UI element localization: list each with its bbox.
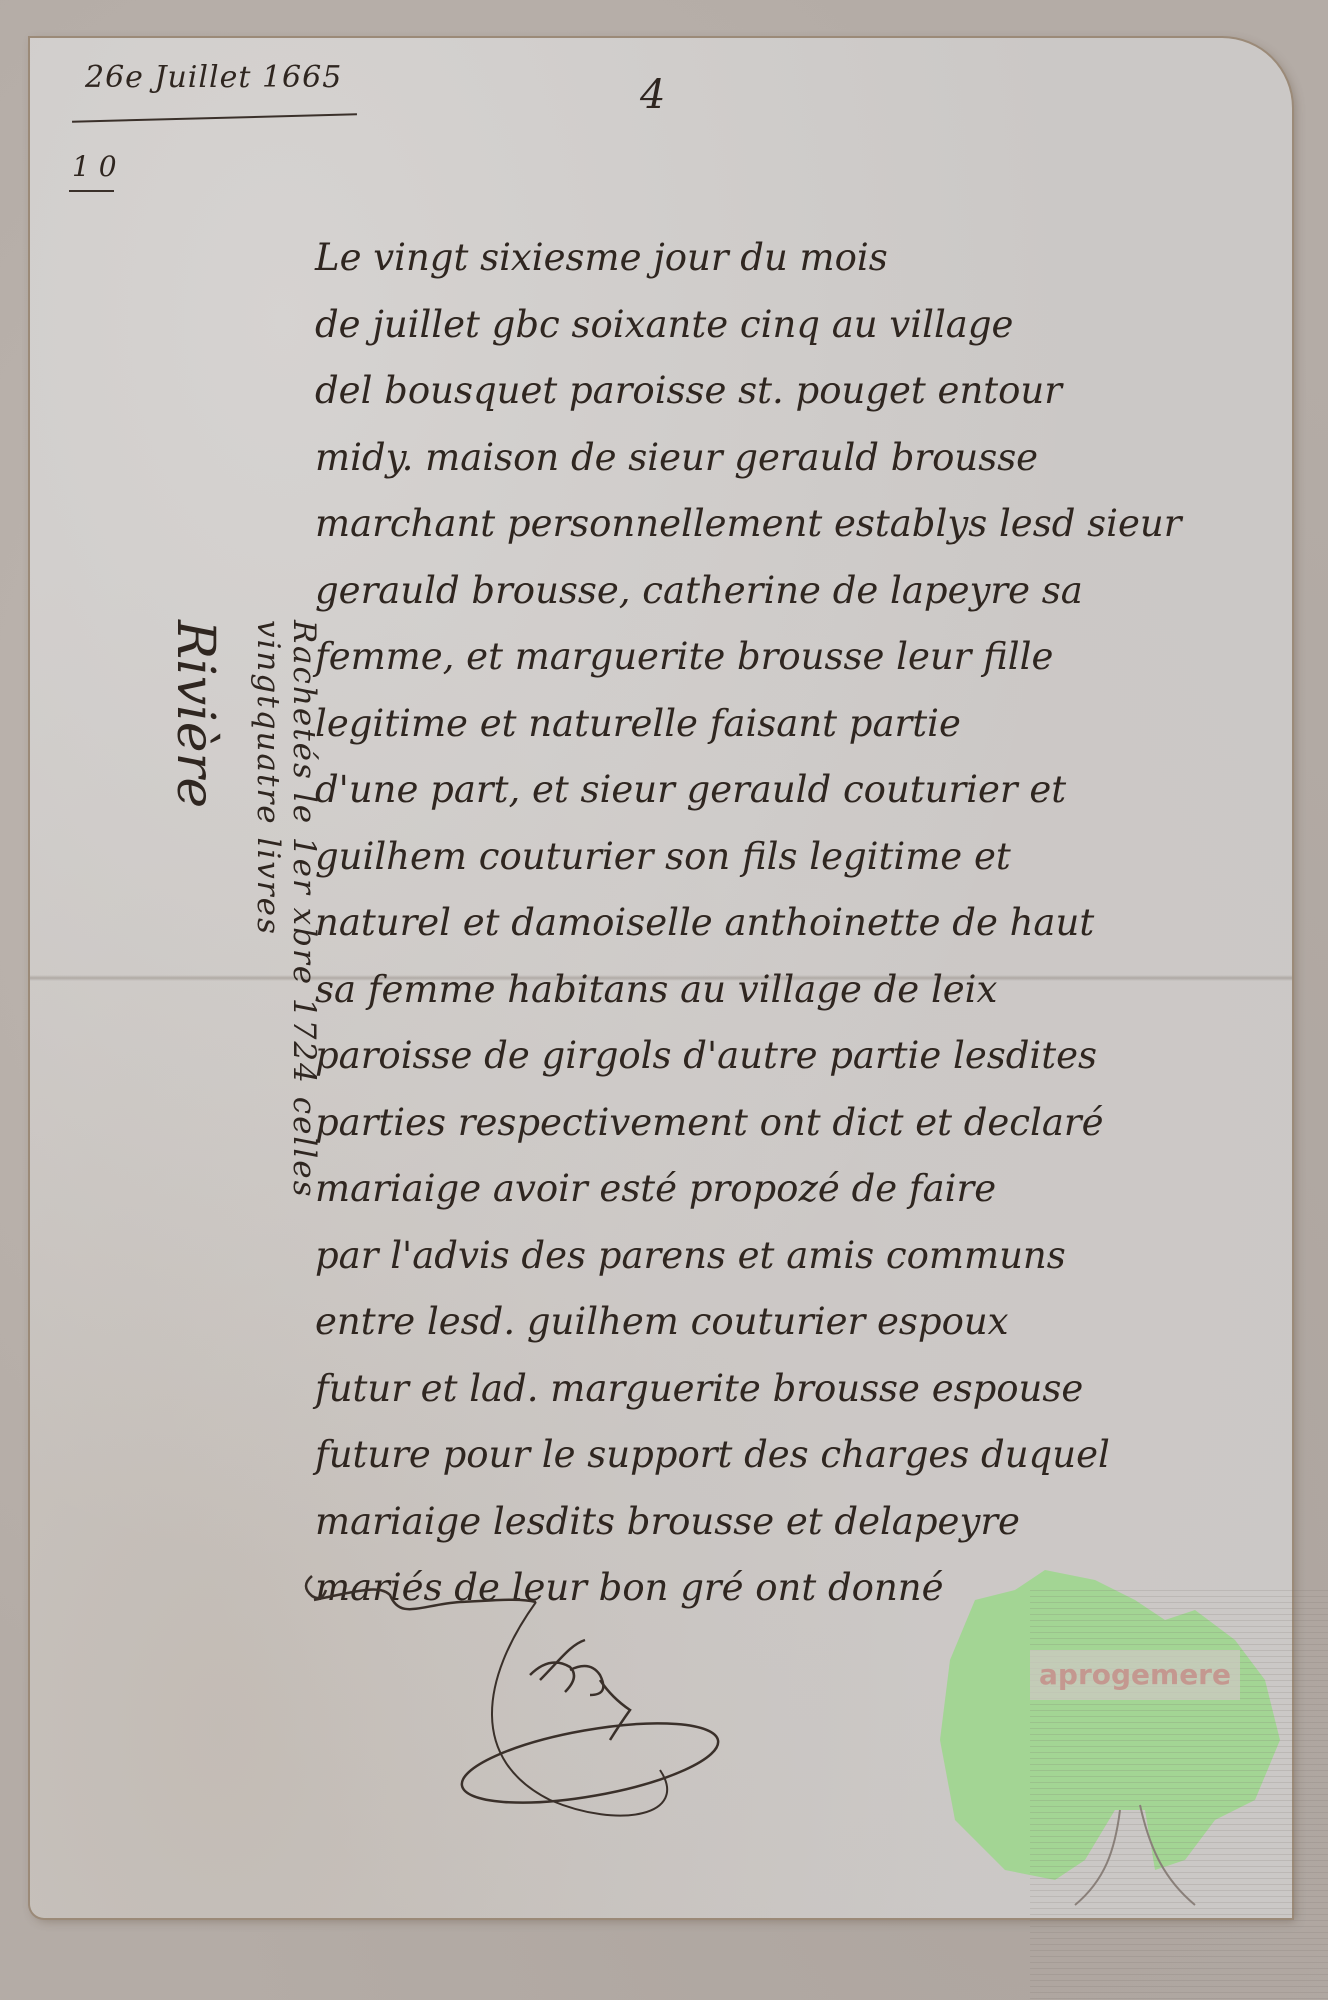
body-line: paroisse de girgols d'autre partie lesdi…	[315, 1023, 1275, 1090]
numbering-text: 1 0	[72, 150, 117, 183]
folio-mark: 4	[640, 72, 665, 118]
body-line: del bousquet paroisse st. pouget entour	[315, 358, 1275, 425]
header-date-note: 26e Juillet 1665	[85, 60, 342, 95]
body-line: de juillet gbc soixante cinq au village	[315, 292, 1275, 359]
margin-signature: Rivière	[165, 620, 225, 920]
body-line: gerauld brousse, catherine de lapeyre sa	[315, 558, 1275, 625]
body-line: sa femme habitans au village de leix	[315, 957, 1275, 1024]
body-line: par l'advis des parens et amis communs	[315, 1223, 1275, 1290]
body-line: entre lesd. guilhem couturier espoux	[315, 1289, 1275, 1356]
body-line: legitime et naturelle faisant partie	[315, 691, 1275, 758]
numbering-rule	[69, 190, 114, 192]
body-line: femme, et marguerite brousse leur fille	[315, 624, 1275, 691]
body-line: marchant personnellement establys lesd s…	[315, 491, 1275, 558]
document-body: Le vingt sixiesme jour du mois de juille…	[315, 225, 1275, 1622]
body-line: d'une part, et sieur gerauld couturier e…	[315, 757, 1275, 824]
body-line: mariaige lesdits brousse et delapeyre	[315, 1489, 1275, 1556]
margin-note: Rachetés le 1er xbre 1724 celles vingtqu…	[250, 620, 322, 1380]
page-numbering: 1 0	[72, 150, 117, 183]
body-line: futur et lad. marguerite brousse espouse	[315, 1356, 1275, 1423]
body-line: naturel et damoiselle anthoinette de hau…	[315, 890, 1275, 957]
body-line: mariaige avoir esté propozé de faire	[315, 1156, 1275, 1223]
body-line: parties respectivement ont dict et decla…	[315, 1090, 1275, 1157]
body-line: midy. maison de sieur gerauld brousse	[315, 425, 1275, 492]
body-line: future pour le support des charges duque…	[315, 1422, 1275, 1489]
body-line: guilhem couturier son fils legitime et	[315, 824, 1275, 891]
body-line: Le vingt sixiesme jour du mois	[315, 225, 1275, 292]
watermark-label: aprogemere	[1030, 1650, 1240, 1700]
